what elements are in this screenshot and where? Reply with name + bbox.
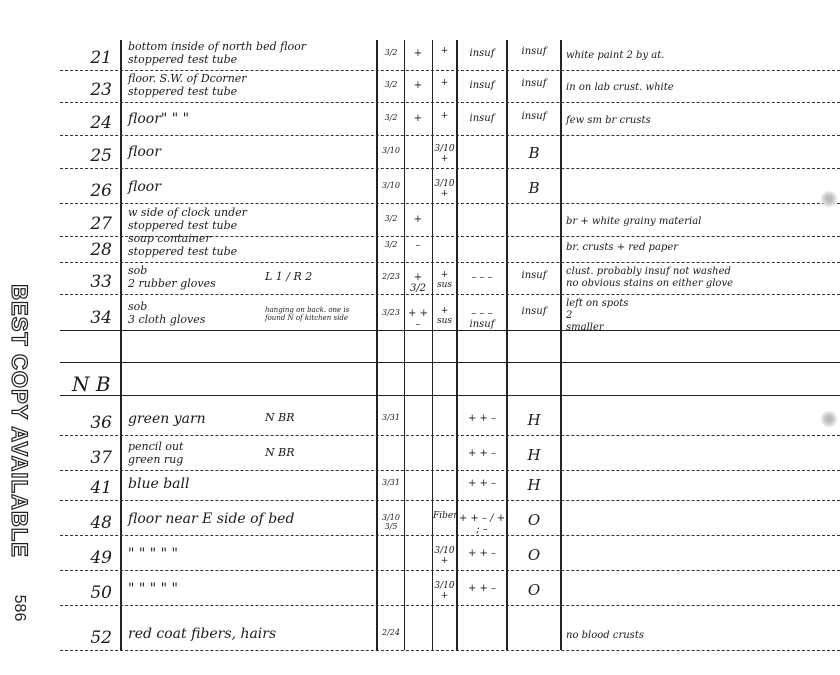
- item-number: 37: [60, 448, 112, 468]
- item-note: N BR: [265, 446, 370, 459]
- log-row: 28soap container stoppered test tube3/2–…: [0, 236, 840, 262]
- result-cell-1: +: [405, 80, 431, 91]
- item-description: floor: [128, 146, 353, 159]
- item-description: blue ball: [128, 478, 353, 491]
- result-cell-4: O: [508, 546, 560, 564]
- result-cell-1: –: [405, 240, 431, 251]
- date-cell: 3/2: [378, 80, 404, 89]
- result-cell-3: – – –: [458, 272, 506, 283]
- log-row: 37pencil out green rugN BR+ + –H: [0, 435, 840, 470]
- item-number: 41: [60, 478, 112, 498]
- row-rule: [60, 650, 840, 652]
- remarks: left on spots 2 smaller: [566, 298, 836, 334]
- result-cell-2: +: [433, 78, 456, 88]
- result-cell-3: + + –: [458, 413, 506, 424]
- result-cell-1: + 3/2: [405, 272, 431, 294]
- log-row: 41blue ball3/31+ + –H: [0, 470, 840, 500]
- result-cell-4: H: [508, 446, 560, 464]
- result-cell-2: + sus: [433, 306, 456, 326]
- remarks: white paint 2 by at.: [566, 50, 836, 62]
- log-row: 27w side of clock under stoppered test t…: [0, 203, 840, 236]
- remarks: in on lab crust. white: [566, 82, 836, 94]
- result-cell-2: 3/10 +: [433, 144, 456, 164]
- item-number: 28: [60, 240, 112, 260]
- item-description: floor near E side of bed: [128, 513, 353, 526]
- log-row: 23floor. S.W. of Dcorner stoppered test …: [0, 70, 840, 102]
- result-cell-3: + + –: [458, 548, 506, 559]
- result-cell-3: insuf: [458, 80, 506, 91]
- result-cell-1: +: [405, 48, 431, 59]
- log-row: 33sob 2 rubber glovesL 1 / R 22/23+ 3/2+…: [0, 262, 840, 294]
- item-number: 23: [60, 80, 112, 100]
- date-cell: 2/23: [378, 272, 404, 281]
- item-description: " " " " ": [128, 583, 353, 596]
- item-number: 26: [60, 181, 112, 201]
- date-cell: 3/2: [378, 113, 404, 122]
- row-rule: [60, 395, 840, 397]
- item-description: floor: [128, 181, 353, 194]
- item-note: L 1 / R 2: [265, 270, 370, 283]
- date-cell: 3/2: [378, 214, 404, 223]
- log-row: 34sob 3 cloth gloveshanging on back. one…: [0, 294, 840, 330]
- item-description: floor. S.W. of Dcorner stoppered test tu…: [128, 72, 353, 98]
- result-cell-4: insuf: [508, 270, 560, 281]
- result-cell-4: insuf: [508, 111, 560, 122]
- result-cell-2: +: [433, 111, 456, 121]
- date-cell: 3/31: [378, 478, 404, 487]
- result-cell-2: + sus: [433, 270, 456, 290]
- result-cell-2: 3/10 +: [433, 546, 456, 566]
- result-cell-2: 3/10 +: [433, 179, 456, 199]
- log-row: 48floor near E side of bed3/10 3/5Fiber+…: [0, 500, 840, 535]
- result-cell-3: insuf: [458, 113, 506, 124]
- result-cell-3: + + –: [458, 478, 506, 489]
- date-cell: 3/2: [378, 48, 404, 57]
- remarks: clust. probably insuf not washed no obvi…: [566, 266, 836, 290]
- item-number: 34: [60, 308, 112, 328]
- date-cell: 3/31: [378, 413, 404, 422]
- item-description: " " " " ": [128, 548, 353, 561]
- date-cell: 3/10: [378, 181, 404, 190]
- item-number: 24: [60, 113, 112, 133]
- remarks: few sm br crusts: [566, 115, 836, 127]
- result-cell-2: +: [433, 46, 456, 56]
- item-number: 27: [60, 214, 112, 234]
- result-cell-3: – – – insuf: [458, 308, 506, 330]
- item-number: 49: [60, 548, 112, 568]
- result-cell-3: + + –: [458, 583, 506, 594]
- log-row: 49" " " " "3/10 ++ + –O: [0, 535, 840, 570]
- result-cell-4: O: [508, 511, 560, 529]
- item-number: 25: [60, 146, 112, 166]
- result-cell-1: +: [405, 214, 431, 225]
- remarks: br + white grainy material: [566, 216, 836, 228]
- date-cell: 2/24: [378, 628, 404, 637]
- log-row: 25floor3/103/10 +B: [0, 135, 840, 168]
- item-description: w side of clock under stoppered test tub…: [128, 206, 353, 232]
- log-row: 26floor3/103/10 +B: [0, 168, 840, 203]
- log-row: 21bottom inside of north bed floor stopp…: [0, 40, 840, 70]
- item-description: bottom inside of north bed floor stopper…: [128, 40, 353, 66]
- item-note: N BR: [265, 411, 370, 424]
- row-rule: [60, 362, 840, 364]
- section-label: N B: [72, 372, 111, 396]
- item-number: 50: [60, 583, 112, 603]
- result-cell-4: B: [508, 179, 560, 197]
- result-cell-3: insuf: [458, 48, 506, 59]
- log-row: 50" " " " "3/10 ++ + –O: [0, 570, 840, 605]
- log-row: 24floor" " "3/2++insufinsuffew sm br cru…: [0, 102, 840, 135]
- date-cell: 3/23: [378, 308, 404, 317]
- result-cell-4: H: [508, 476, 560, 494]
- result-cell-4: insuf: [508, 46, 560, 57]
- date-cell: 3/10: [378, 146, 404, 155]
- result-cell-1: + + –: [405, 308, 431, 330]
- result-cell-2: Fiber: [433, 511, 456, 521]
- log-row: 52red coat fibers, hairs2/24no blood cru…: [0, 605, 840, 650]
- result-cell-4: insuf: [508, 78, 560, 89]
- item-number: 48: [60, 513, 112, 533]
- result-cell-3: + + –: [458, 448, 506, 459]
- result-cell-2: 3/10 +: [433, 581, 456, 601]
- result-cell-4: B: [508, 144, 560, 162]
- item-number: 33: [60, 272, 112, 292]
- date-cell: 3/10 3/5: [378, 513, 404, 531]
- result-cell-1: +: [405, 113, 431, 124]
- log-row: 36green yarnN BR3/31+ + –H: [0, 405, 840, 435]
- item-description: floor" " ": [128, 113, 353, 126]
- remarks: br. crusts + red paper: [566, 242, 836, 254]
- item-note: hanging on back. one is found N of kitch…: [265, 306, 370, 322]
- item-description: soap container stoppered test tube: [128, 232, 353, 258]
- item-description: red coat fibers, hairs: [128, 628, 353, 641]
- result-cell-4: H: [508, 411, 560, 429]
- item-number: 21: [60, 48, 112, 68]
- result-cell-3: + + – / + ; –: [458, 513, 506, 535]
- date-cell: 3/2: [378, 240, 404, 249]
- item-number: 36: [60, 413, 112, 433]
- item-number: 52: [60, 628, 112, 648]
- remarks: no blood crusts: [566, 630, 836, 642]
- result-cell-4: O: [508, 581, 560, 599]
- result-cell-4: insuf: [508, 306, 560, 317]
